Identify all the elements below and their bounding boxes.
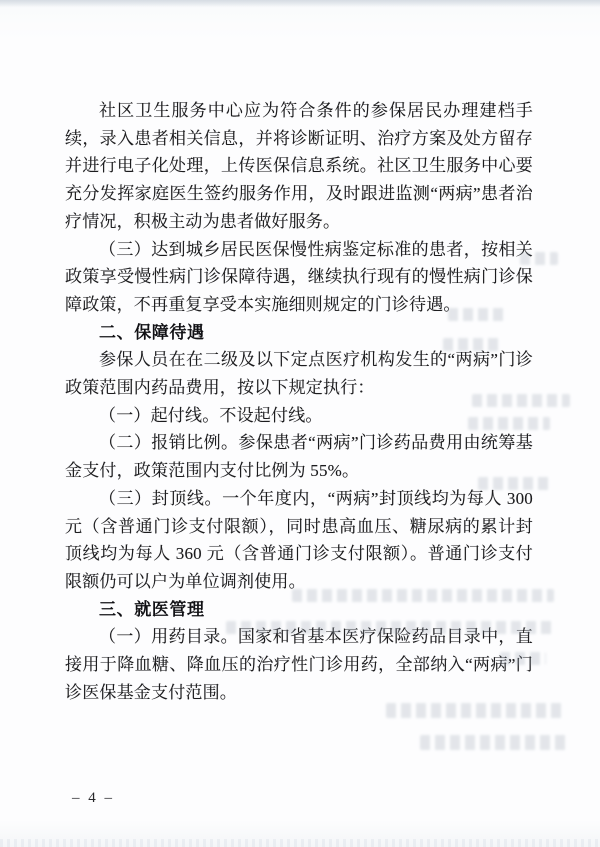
document-body: 社区卫生服务中心应为符合条件的参保居民办理建档手续，录入患者相关信息，并将诊断证… [65, 97, 533, 706]
bleedthrough-artifact [420, 735, 566, 750]
paragraph-benefits-intro: 参保人员在在二级及以下定点医疗机构发生的“两病”门诊政策范围内药品费用，按以下规… [65, 346, 533, 401]
scan-edge-top [0, 0, 600, 7]
paragraph-reimbursement-ratio: （二）报销比例。参保患者“两病”门诊药品费用由统筹基金支付，政策范围内支付比例为… [65, 429, 533, 484]
section-heading-medical-management: 三、就医管理 [65, 596, 533, 624]
paragraph-chronic-disease: （三）达到城乡居民医保慢性病鉴定标准的患者，按相关政策享受慢性病门诊保障待遇，继… [65, 236, 533, 319]
paragraph-deductible: （一）起付线。不设起付线。 [65, 402, 533, 430]
page-number: – 4 – [72, 790, 115, 807]
document-page: 社区卫生服务中心应为符合条件的参保居民办理建档手续，录入患者相关信息，并将诊断证… [0, 0, 600, 847]
scan-edge-bottom [0, 839, 600, 847]
paragraph-cap-line: （三）封顶线。一个年度内，“两病”封顶线均为每人 300 元（含普通门诊支付限额… [65, 485, 533, 596]
paragraph-drug-catalog: （一）用药目录。国家和省基本医疗保险药品目录中，直接用于降血糖、降血压的治疗性门… [65, 623, 533, 706]
section-heading-benefits: 二、保障待遇 [65, 319, 533, 347]
paragraph-community-service: 社区卫生服务中心应为符合条件的参保居民办理建档手续，录入患者相关信息，并将诊断证… [65, 97, 533, 236]
